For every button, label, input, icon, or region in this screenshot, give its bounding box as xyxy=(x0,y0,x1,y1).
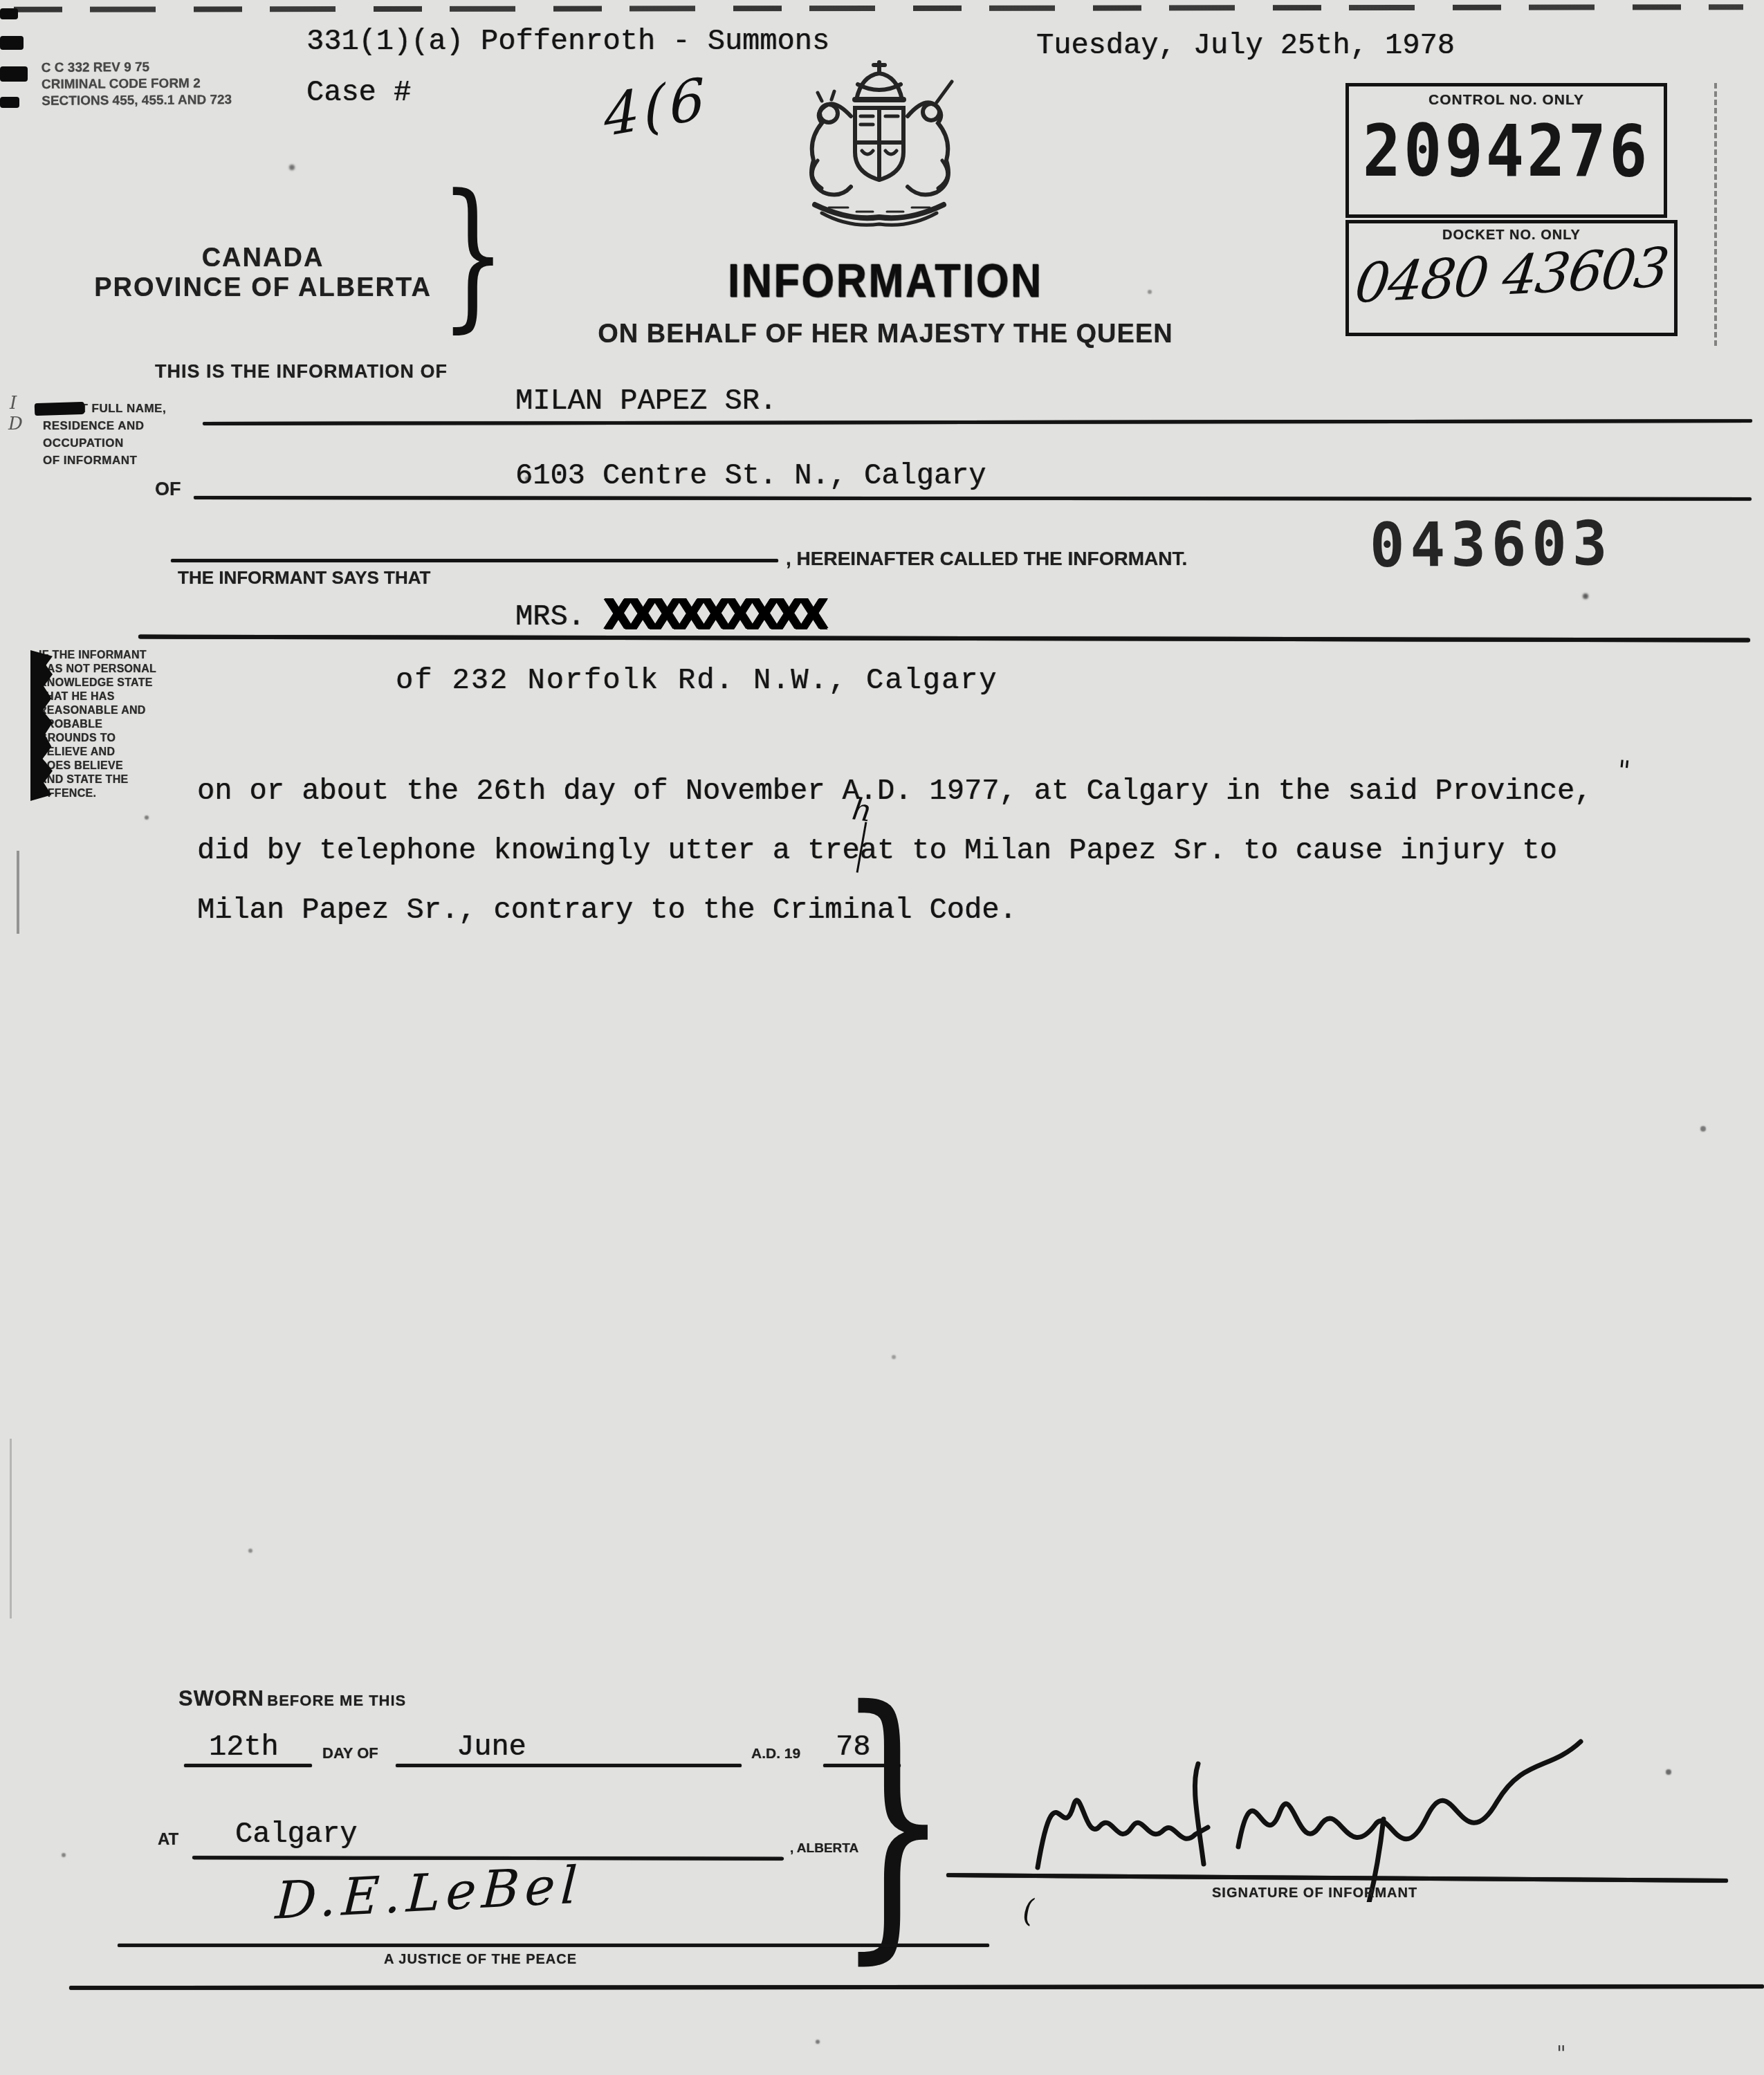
day-of-label: DAY OF xyxy=(322,1744,378,1762)
margin-note-line: GROUNDS TO xyxy=(39,732,156,746)
scan-edge-blob xyxy=(0,97,19,108)
scan-edge-streak xyxy=(17,851,19,934)
document-title: INFORMATION xyxy=(711,252,1060,308)
accused-margin-note: IF THE INFORMANT HAS NOT PERSONAL KNOWLE… xyxy=(39,649,156,801)
docket-number-box: DOCKET NO. ONLY 0480 43603 xyxy=(1345,220,1678,336)
accused-title: MRS. xyxy=(515,600,585,634)
justice-signature: D.E.LeBel xyxy=(274,1855,584,1931)
handwritten-mark: 4(6 xyxy=(603,65,710,150)
informant-name: MILAN PAPEZ SR. xyxy=(515,385,777,418)
margin-note-line: OF INFORMANT xyxy=(43,452,166,469)
sworn-rest: BEFORE ME THIS xyxy=(267,1692,406,1709)
form-ref-line: SECTIONS 455, 455.1 AND 723 xyxy=(42,92,232,110)
coat-of-arms-graphic xyxy=(773,57,985,235)
scan-edge-streak xyxy=(10,1439,12,1618)
sworn-day-value: 12th xyxy=(209,1731,279,1764)
scanned-document-page: { "page": {"paper_color": "#e1e1df", "in… xyxy=(0,0,1764,2075)
margin-note-line: THAT HE HAS xyxy=(39,690,156,704)
handwritten-correction: h xyxy=(850,791,874,829)
charge-line: did by telephone knowingly utter a treat… xyxy=(197,834,1557,867)
docket-number-handwritten: 0480 43603 xyxy=(1345,236,1678,315)
ad-19-label: A.D. 19 xyxy=(751,1746,800,1762)
case-reference: 331(1)(a) Poffenroth - Summons xyxy=(306,25,829,58)
scan-edge-smudge-top xyxy=(14,4,1743,12)
margin-note-line: BELIEVE AND xyxy=(39,746,156,759)
field-underline xyxy=(138,635,1750,643)
scan-edge-blob xyxy=(0,8,18,19)
case-number-label: Case # xyxy=(306,76,411,109)
margin-note-line: RESIDENCE AND xyxy=(43,417,166,434)
accused-address: of 232 Norfolk Rd. N.W., Calgary xyxy=(396,664,998,697)
margin-note-line: REASONABLE AND xyxy=(39,704,156,718)
handwritten-quote-mark: " xyxy=(1616,755,1632,788)
margin-note-line: OCCUPATION xyxy=(43,434,166,452)
control-box-label: CONTROL NO. ONLY xyxy=(1349,92,1664,109)
charge-line: Milan Papez Sr., contrary to the Crimina… xyxy=(197,894,1017,927)
signature-of-informant-label: SIGNATURE OF INFORMANT xyxy=(1212,1885,1417,1901)
stray-pen-mark: ( xyxy=(1022,1894,1034,1929)
form-reference: C C 332 REV 9 75 CRIMINAL CODE FORM 2 SE… xyxy=(42,59,232,110)
stray-letter: I xyxy=(10,393,17,414)
margin-note-line: IF THE INFORMANT xyxy=(39,649,156,663)
justice-of-peace-label: A JUSTICE OF THE PEACE xyxy=(384,1952,577,1968)
sworn-place-value: Calgary xyxy=(235,1818,357,1851)
control-number: 2094276 xyxy=(1349,110,1664,193)
redacted-name: XXXXXXXXX xyxy=(603,591,823,638)
form-ref-line: C C 332 REV 9 75 xyxy=(42,59,232,77)
corner-mark: " xyxy=(1556,2042,1566,2066)
margin-note-line: DOES BELIEVE xyxy=(39,759,156,773)
of-label: OF xyxy=(155,479,181,500)
document-subtitle: ON BEHALF OF HER MAJESTY THE QUEEN xyxy=(567,320,1204,349)
informant-address: 6103 Centre St. N., Calgary xyxy=(515,459,986,492)
jurat-brace: } xyxy=(836,1674,950,1965)
jurat-underline xyxy=(184,1764,312,1767)
sworn-month-value: June xyxy=(457,1731,526,1764)
informant-says-label: THE INFORMANT SAYS THAT xyxy=(178,567,430,589)
document-date: Tuesday, July 25th, 1978 xyxy=(1036,29,1455,62)
hereinafter-label: , HEREINAFTER CALLED THE INFORMANT. xyxy=(786,548,1187,570)
margin-note-line: AND STATE THE xyxy=(39,773,156,787)
at-label: AT xyxy=(158,1830,178,1850)
bottom-rule xyxy=(69,1984,1764,1990)
stamped-number: 043603 xyxy=(1370,508,1613,581)
control-number-box: CONTROL NO. ONLY 2094276 xyxy=(1345,83,1667,218)
sworn-label: SWORN BEFORE ME THIS xyxy=(178,1686,406,1711)
scan-noise xyxy=(0,0,3,3)
sworn-word: SWORN xyxy=(178,1686,264,1710)
scan-edge-blob xyxy=(0,66,28,82)
stray-letter: D xyxy=(8,414,23,434)
jurat-underline xyxy=(396,1764,742,1767)
scan-edge-blob xyxy=(0,36,24,50)
information-of-label: THIS IS THE INFORMATION OF xyxy=(155,361,448,382)
scan-dotted-line xyxy=(1714,83,1717,346)
signature-underline xyxy=(118,1944,989,1947)
jurisdiction-block: CANADA PROVINCE OF ALBERTA xyxy=(90,243,436,303)
margin-note-line: KNOWLEDGE STATE xyxy=(39,676,156,690)
field-underline xyxy=(171,559,778,562)
jurisdiction-province: PROVINCE OF ALBERTA xyxy=(90,273,436,303)
charge-line: on or about the 26th day of November A.D… xyxy=(197,775,1592,808)
jurisdiction-country: CANADA xyxy=(90,243,436,273)
field-underline xyxy=(203,419,1752,425)
field-underline xyxy=(194,496,1752,501)
photocopy-blot xyxy=(35,402,85,416)
jurisdiction-brace: } xyxy=(440,174,506,335)
margin-note-line: HAS NOT PERSONAL xyxy=(39,663,156,676)
royal-coat-of-arms xyxy=(773,57,985,235)
margin-note-line: OFFENCE. xyxy=(39,787,156,801)
form-ref-line: CRIMINAL CODE FORM 2 xyxy=(42,75,232,93)
margin-note-line: PROBABLE xyxy=(39,718,156,732)
